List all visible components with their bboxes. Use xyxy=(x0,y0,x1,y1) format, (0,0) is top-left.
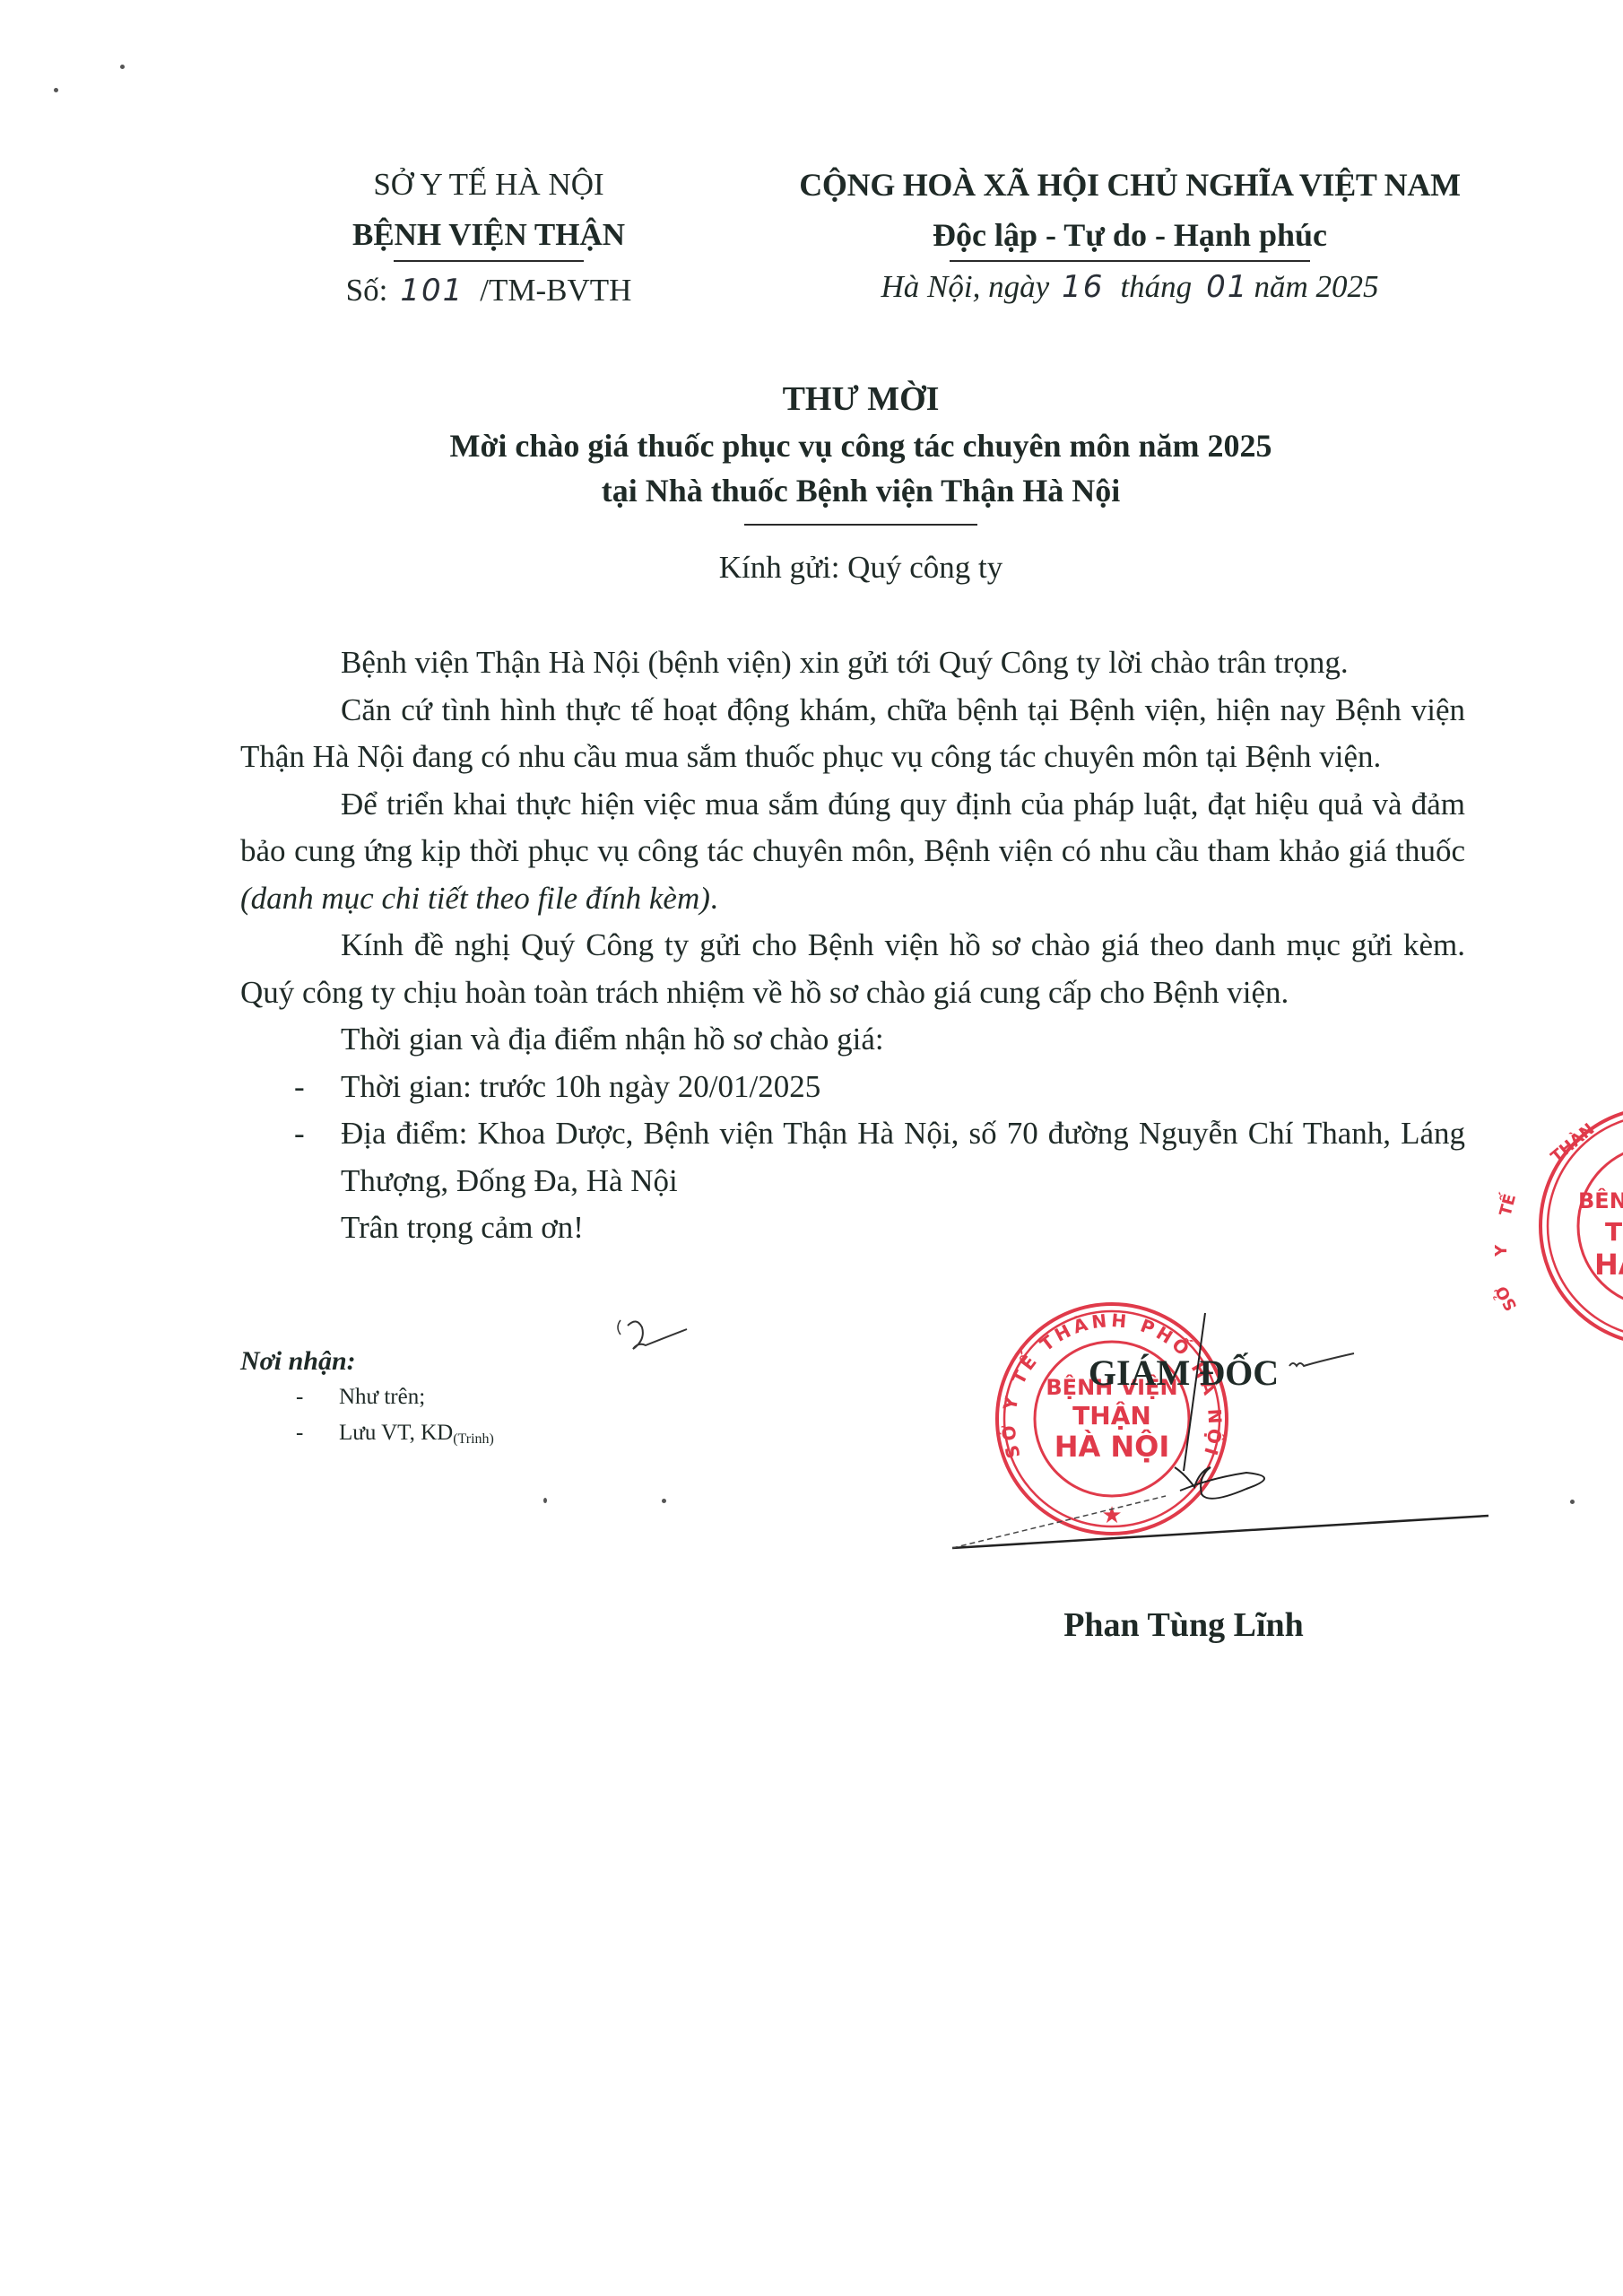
issuer-divider xyxy=(394,260,584,262)
motto-divider xyxy=(950,260,1310,262)
submission-time: -Thời gian: trước 10h ngày 20/01/2025 xyxy=(240,1064,1465,1111)
recipients-heading: Nơi nhận: xyxy=(240,1344,778,1379)
submission-location: -Địa điểm: Khoa Dược, Bệnh viện Thận Hà … xyxy=(240,1110,1465,1205)
issuer-agency: SỞ Y TẾ HÀ NỘI xyxy=(296,160,681,210)
recipient-text: Như trên; xyxy=(339,1385,425,1409)
paragraph-context: Căn cứ tình hình thực tế hoạt động khám,… xyxy=(240,687,1465,781)
paragraph-submission-intro: Thời gian và địa điểm nhận hồ sơ chào gi… xyxy=(240,1016,1465,1064)
svg-text:THÀN: THÀN xyxy=(1547,1119,1598,1167)
svg-text:TẾ: TẾ xyxy=(1494,1191,1521,1219)
date-prefix: Hà Nội, ngày xyxy=(881,269,1050,304)
date-month-label: tháng xyxy=(1120,269,1192,304)
svg-text:Y: Y xyxy=(1492,1244,1511,1257)
submission-time-text: Thời gian: trước 10h ngày 20/01/2025 xyxy=(341,1069,820,1104)
national-motto: Độc lập - Tự do - Hạnh phúc xyxy=(762,210,1497,260)
scan-speck xyxy=(662,1499,666,1503)
signer-name: Phan Tùng Lĩnh xyxy=(1004,1605,1363,1645)
date-month: 01 xyxy=(1206,264,1248,310)
scan-speck xyxy=(1570,1500,1575,1504)
svg-text:SỞ: SỞ xyxy=(1489,1282,1521,1315)
paragraph-request: Để triển khai thực hiện việc mua sắm đún… xyxy=(240,781,1465,923)
recipient-item: -Như trên; xyxy=(240,1379,778,1415)
scan-speck xyxy=(120,65,125,69)
svg-text:HÀ: HÀ xyxy=(1594,1248,1623,1282)
number-label: Số: xyxy=(346,273,388,308)
document-subtitle-line2: tại Nhà thuốc Bệnh viện Thận Hà Nội xyxy=(269,468,1453,513)
date-day: 16 xyxy=(1062,264,1104,310)
recipients-block: Nơi nhận: -Như trên; -Lưu VT, KD(Trinh) xyxy=(240,1344,778,1457)
recipient-text: Lưu VT, KD xyxy=(339,1421,453,1445)
paragraph-request-text: Để triển khai thực hiện việc mua sắm đún… xyxy=(240,787,1465,869)
svg-text:THẬN: THẬN xyxy=(1072,1400,1151,1431)
bullet-dash: - xyxy=(296,1379,303,1415)
paragraph-proposal: Kính đề nghị Quý Công ty gửi cho Bệnh vi… xyxy=(240,922,1465,1016)
closing-line: Trân trọng cảm ơn! xyxy=(240,1205,1465,1252)
title-divider xyxy=(744,524,977,526)
number-handwritten: 101 xyxy=(400,265,464,316)
date-year: năm 2025 xyxy=(1254,269,1378,304)
country-name: CỘNG HOÀ XÃ HỘI CHỦ NGHĨA VIỆT NAM xyxy=(762,160,1497,210)
svg-text:★: ★ xyxy=(1101,1502,1122,1529)
submission-location-text: Địa điểm: Khoa Dược, Bệnh viện Thận Hà N… xyxy=(341,1116,1465,1198)
scan-speck xyxy=(543,1498,547,1503)
document-number: Số:101/TM-BVTH xyxy=(296,265,681,316)
issue-date: Hà Nội, ngày16tháng01năm 2025 xyxy=(762,264,1497,310)
bullet-dash: - xyxy=(296,1415,303,1451)
issuer-organization: BỆNH VIỆN THẬN xyxy=(296,210,681,260)
issuer-block: SỞ Y TẾ HÀ NỘI BỆNH VIỆN THẬN Số:101/TM-… xyxy=(296,160,681,316)
paragraph-greeting: Bệnh viện Thận Hà Nội (bệnh viện) xin gử… xyxy=(240,639,1465,687)
salutation: Kính gửi: Quý công ty xyxy=(269,545,1453,590)
attachment-note: (danh mục chi tiết theo file đính kèm) xyxy=(240,881,710,916)
national-header: CỘNG HOÀ XÃ HỘI CHỦ NGHĨA VIỆT NAM Độc l… xyxy=(762,160,1497,310)
paragraph-request-end: . xyxy=(710,881,718,916)
letter-body: Bệnh viện Thận Hà Nội (bệnh viện) xin gử… xyxy=(240,639,1465,1252)
document-title: THƯ MỜI xyxy=(269,375,1453,423)
submission-details: -Thời gian: trước 10h ngày 20/01/2025 -Đ… xyxy=(240,1064,1465,1205)
recipient-item: -Lưu VT, KD(Trinh) xyxy=(240,1415,778,1457)
scan-speck xyxy=(54,88,58,92)
recipients-list: -Như trên; -Lưu VT, KD(Trinh) xyxy=(240,1379,778,1457)
bullet-dash: - xyxy=(294,1110,305,1158)
svg-text:T: T xyxy=(1605,1217,1622,1247)
number-suffix: /TM-BVTH xyxy=(480,273,631,308)
bullet-dash: - xyxy=(294,1064,305,1111)
svg-text:BÊN: BÊN xyxy=(1578,1187,1623,1213)
title-block: THƯ MỜI Mời chào giá thuốc phục vụ công … xyxy=(269,375,1453,590)
partial-stamp-edge: BÊN T HÀ THÀN TẾ Y SỞ xyxy=(1480,1099,1623,1359)
official-stamp: SỞ Y TẾ THÀNH PHỐ HÀ NỘI BỆNH VIỆN THẬN … xyxy=(977,1291,1246,1543)
svg-text:HÀ NỘI: HÀ NỘI xyxy=(1055,1430,1170,1464)
signer-title: GIÁM ĐỐC xyxy=(1040,1351,1327,1396)
document-subtitle-line1: Mời chào giá thuốc phục vụ công tác chuy… xyxy=(269,423,1453,468)
recipient-sub: (Trinh) xyxy=(453,1431,494,1447)
